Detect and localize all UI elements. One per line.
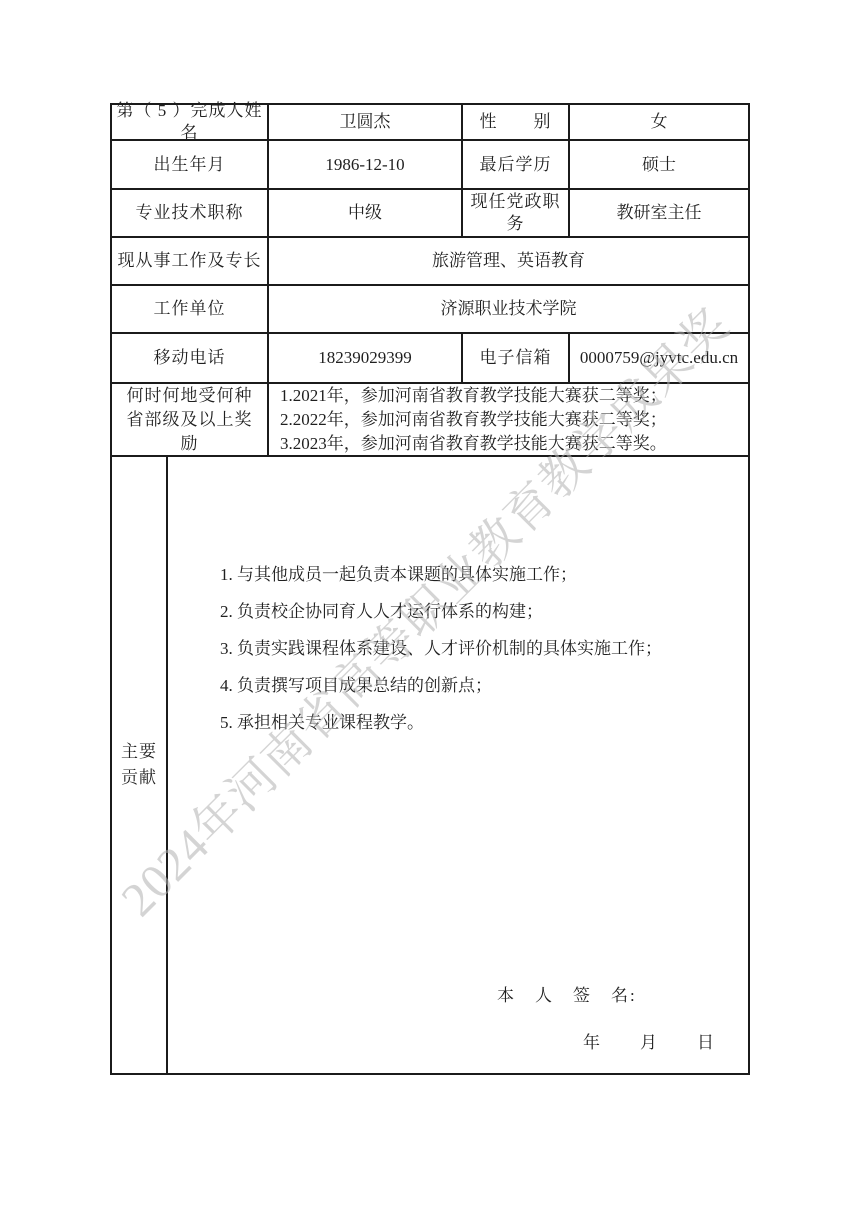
award-line: 1.2021年，参加河南省教育教学技能大赛获二等奖； xyxy=(280,384,667,408)
awards-label-text: 何时何地受何种省部级及以上奖励 xyxy=(119,384,261,456)
field-label-party-position: 现任党政职务 xyxy=(463,190,570,236)
contribution-item: 2. 负责校企协同育人人才运行体系的构建； xyxy=(220,602,738,622)
signature-label: 本 人 签 名: xyxy=(497,985,637,1007)
field-label-gender: 性 别 xyxy=(463,105,570,139)
main-contributions-label-text: 主要贡献 xyxy=(119,739,159,791)
row-work-unit: 工作单位 济源职业技术学院 xyxy=(112,286,748,334)
field-value-current-work: 旅游管理、英语教育 xyxy=(269,238,748,284)
field-label-completer-name: 第（ 5 ）完成人姓名 xyxy=(112,105,269,139)
field-value-work-unit: 济源职业技术学院 xyxy=(269,286,748,332)
row-title-position: 专业技术职称 中级 现任党政职务 教研室主任 xyxy=(112,190,748,238)
row-awards: 何时何地受何种省部级及以上奖励 1.2021年，参加河南省教育教学技能大赛获二等… xyxy=(112,384,748,457)
award-line: 2.2022年，参加河南省教育教学技能大赛获二等奖； xyxy=(280,408,667,432)
contribution-item: 1. 与其他成员一起负责本课题的具体实施工作； xyxy=(220,565,738,585)
date-label: 年 月 日 xyxy=(583,1032,716,1054)
contribution-item: 4. 负责撰写项目成果总结的创新点； xyxy=(220,676,738,696)
row-completer-name: 第（ 5 ）完成人姓名 卫圆杰 性 别 女 xyxy=(112,105,748,141)
field-label-mobile-phone: 移动电话 xyxy=(112,334,269,382)
field-label-birth-date: 出生年月 xyxy=(112,141,269,188)
award-line: 3.2023年，参加河南省教育教学技能大赛获二等奖。 xyxy=(280,432,667,456)
row-phone-email: 移动电话 18239029399 电子信箱 0000759@jyvtc.edu.… xyxy=(112,334,748,384)
field-value-gender: 女 xyxy=(570,105,748,139)
contribution-item: 5. 承担相关专业课程教学。 xyxy=(220,713,738,733)
field-value-party-position: 教研室主任 xyxy=(570,190,748,236)
field-value-professional-title: 中级 xyxy=(269,190,463,236)
field-value-email: 0000759@jyvtc.edu.cn xyxy=(570,334,748,382)
document-page: 2024年河南省高等职业教育教学成果奖 第（ 5 ）完成人姓名 卫圆杰 性 别 … xyxy=(0,0,859,1216)
personnel-form-table: 第（ 5 ）完成人姓名 卫圆杰 性 别 女 出生年月 1986-12-10 最后… xyxy=(110,103,750,1075)
field-value-birth-date: 1986-12-10 xyxy=(269,141,463,188)
contribution-item: 3. 负责实践课程体系建设、人才评价机制的具体实施工作； xyxy=(220,639,738,659)
field-value-mobile-phone: 18239029399 xyxy=(269,334,463,382)
field-value-awards: 1.2021年，参加河南省教育教学技能大赛获二等奖； 2.2022年，参加河南省… xyxy=(269,384,748,455)
field-label-main-contributions: 主要贡献 xyxy=(112,457,168,1073)
row-current-work: 现从事工作及专长 旅游管理、英语教育 xyxy=(112,238,748,286)
field-label-current-work: 现从事工作及专长 xyxy=(112,238,269,284)
row-main-contributions: 主要贡献 1. 与其他成员一起负责本课题的具体实施工作； 2. 负责校企协同育人… xyxy=(112,457,748,1073)
row-birth-education: 出生年月 1986-12-10 最后学历 硕士 xyxy=(112,141,748,190)
field-label-professional-title: 专业技术职称 xyxy=(112,190,269,236)
field-value-completer-name: 卫圆杰 xyxy=(269,105,463,139)
field-label-last-degree: 最后学历 xyxy=(463,141,570,188)
field-label-email: 电子信箱 xyxy=(463,334,570,382)
field-value-last-degree: 硕士 xyxy=(570,141,748,188)
field-value-main-contributions: 1. 与其他成员一起负责本课题的具体实施工作； 2. 负责校企协同育人人才运行体… xyxy=(168,457,748,1073)
field-label-awards: 何时何地受何种省部级及以上奖励 xyxy=(112,384,269,455)
field-label-work-unit: 工作单位 xyxy=(112,286,269,332)
